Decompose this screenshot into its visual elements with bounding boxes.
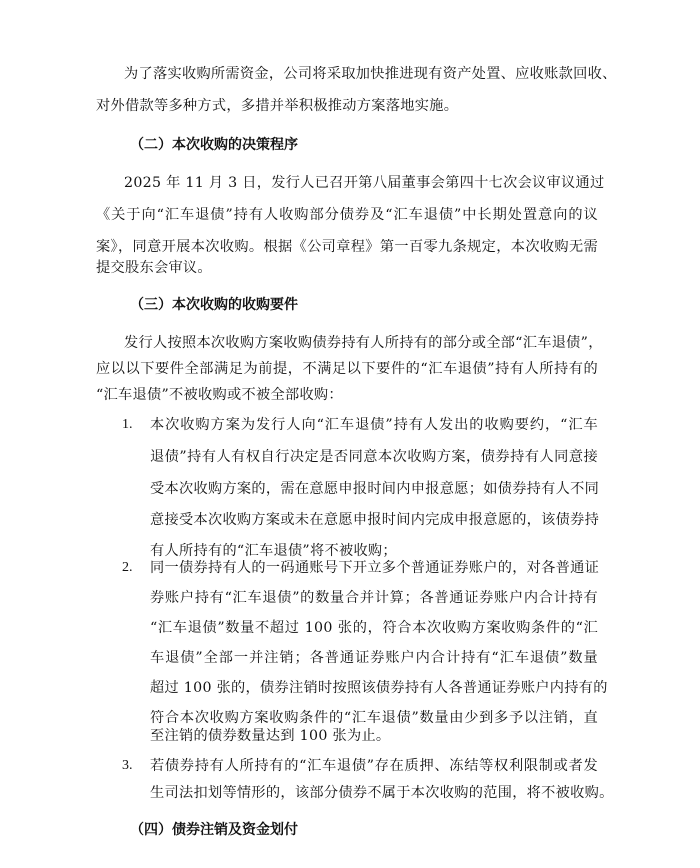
- section3-line-1: 发行人按照本次收购方案收购债券持有人所持有的部分或全部“汇车退债”，: [124, 332, 598, 354]
- list-item-2-line-5: 超过 100 张的，债券注销时按照该债券持有人各普通证券账户内持有的: [150, 677, 598, 699]
- section-heading-cancellation-and-funds: （四）债券注销及资金划付: [130, 819, 632, 841]
- list-item-1-line-3: 受本次收购方案的，需在意愿申报时间内申报意愿；如债券持有人不同: [150, 478, 598, 500]
- section-heading-acquisition-requirements: （三）本次收购的收购要件: [130, 294, 632, 316]
- list-item-2-number: 2.: [122, 557, 146, 579]
- intro-line-2: 对外借款等多种方式，多措并举积极推动方案落地实施。: [96, 95, 598, 117]
- list-item-1-line-4: 意接受本次收购方案或未在意愿申报时间内完成申报意愿的，该债券持: [150, 509, 598, 531]
- list-item-2-line-2: 券账户持有“汇车退债”的数量合并计算；各普通证券账户内合计持有: [150, 587, 598, 609]
- section2-line-1: 2025 年 11 月 3 日，发行人已召开第八届董事会第四十七次会议审议通过: [124, 172, 598, 194]
- list-item-3-number: 3.: [122, 755, 146, 777]
- section2-line-3: 案》，同意开展本次收购。根据《公司章程》第一百零九条规定，本次收购无需: [96, 236, 598, 258]
- list-item-3-line-1: 若债券持有人所持有的“汇车退债”存在质押、冻结等权利限制或者发: [150, 755, 598, 777]
- list-item-2-line-4: 车退债”全部一并注销；各普通证券账户内合计持有“汇车退债”数量: [150, 647, 598, 669]
- list-item-2-line-1: 同一债券持有人的一码通账号下开立多个普通证券账户的，对各普通证: [150, 557, 598, 579]
- section-heading-decision-procedure: （二）本次收购的决策程序: [130, 134, 632, 156]
- list-item-3-line-2: 生司法扣划等情形的，该部分债券不属于本次收购的范围，将不被收购。: [150, 782, 598, 804]
- section3-line-2: 应以以下要件全部满足为前提，不满足以下要件的“汇车退债”持有人所持有的: [96, 358, 598, 380]
- section3-line-3: “汇车退债”不被收购或不被全部收购：: [96, 384, 598, 406]
- list-item-1-number: 1.: [122, 414, 146, 436]
- list-item-1-line-1: 本次收购方案为发行人向“汇车退债”持有人发出的收购要约，“汇车: [150, 414, 598, 436]
- list-item-2-line-7: 至注销的债券数量达到 100 张为止。: [150, 725, 598, 747]
- list-item-1-line-2: 退债”持有人有权自行决定是否同意本次收购方案，债券持有人同意接: [150, 446, 598, 468]
- section2-line-2: 《关于向“汇车退债”持有人收购部分债券及“汇车退债”中长期处置意向的议: [96, 204, 598, 226]
- list-item-2-line-3: “汇车退债”数量不超过 100 张的，符合本次收购方案收购条件的“汇: [150, 617, 598, 639]
- intro-line-1: 为了落实收购所需资金，公司将采取加快推进现有资产处置、应收账款回收、: [124, 63, 598, 85]
- section2-line-4: 提交股东会审议。: [96, 257, 598, 279]
